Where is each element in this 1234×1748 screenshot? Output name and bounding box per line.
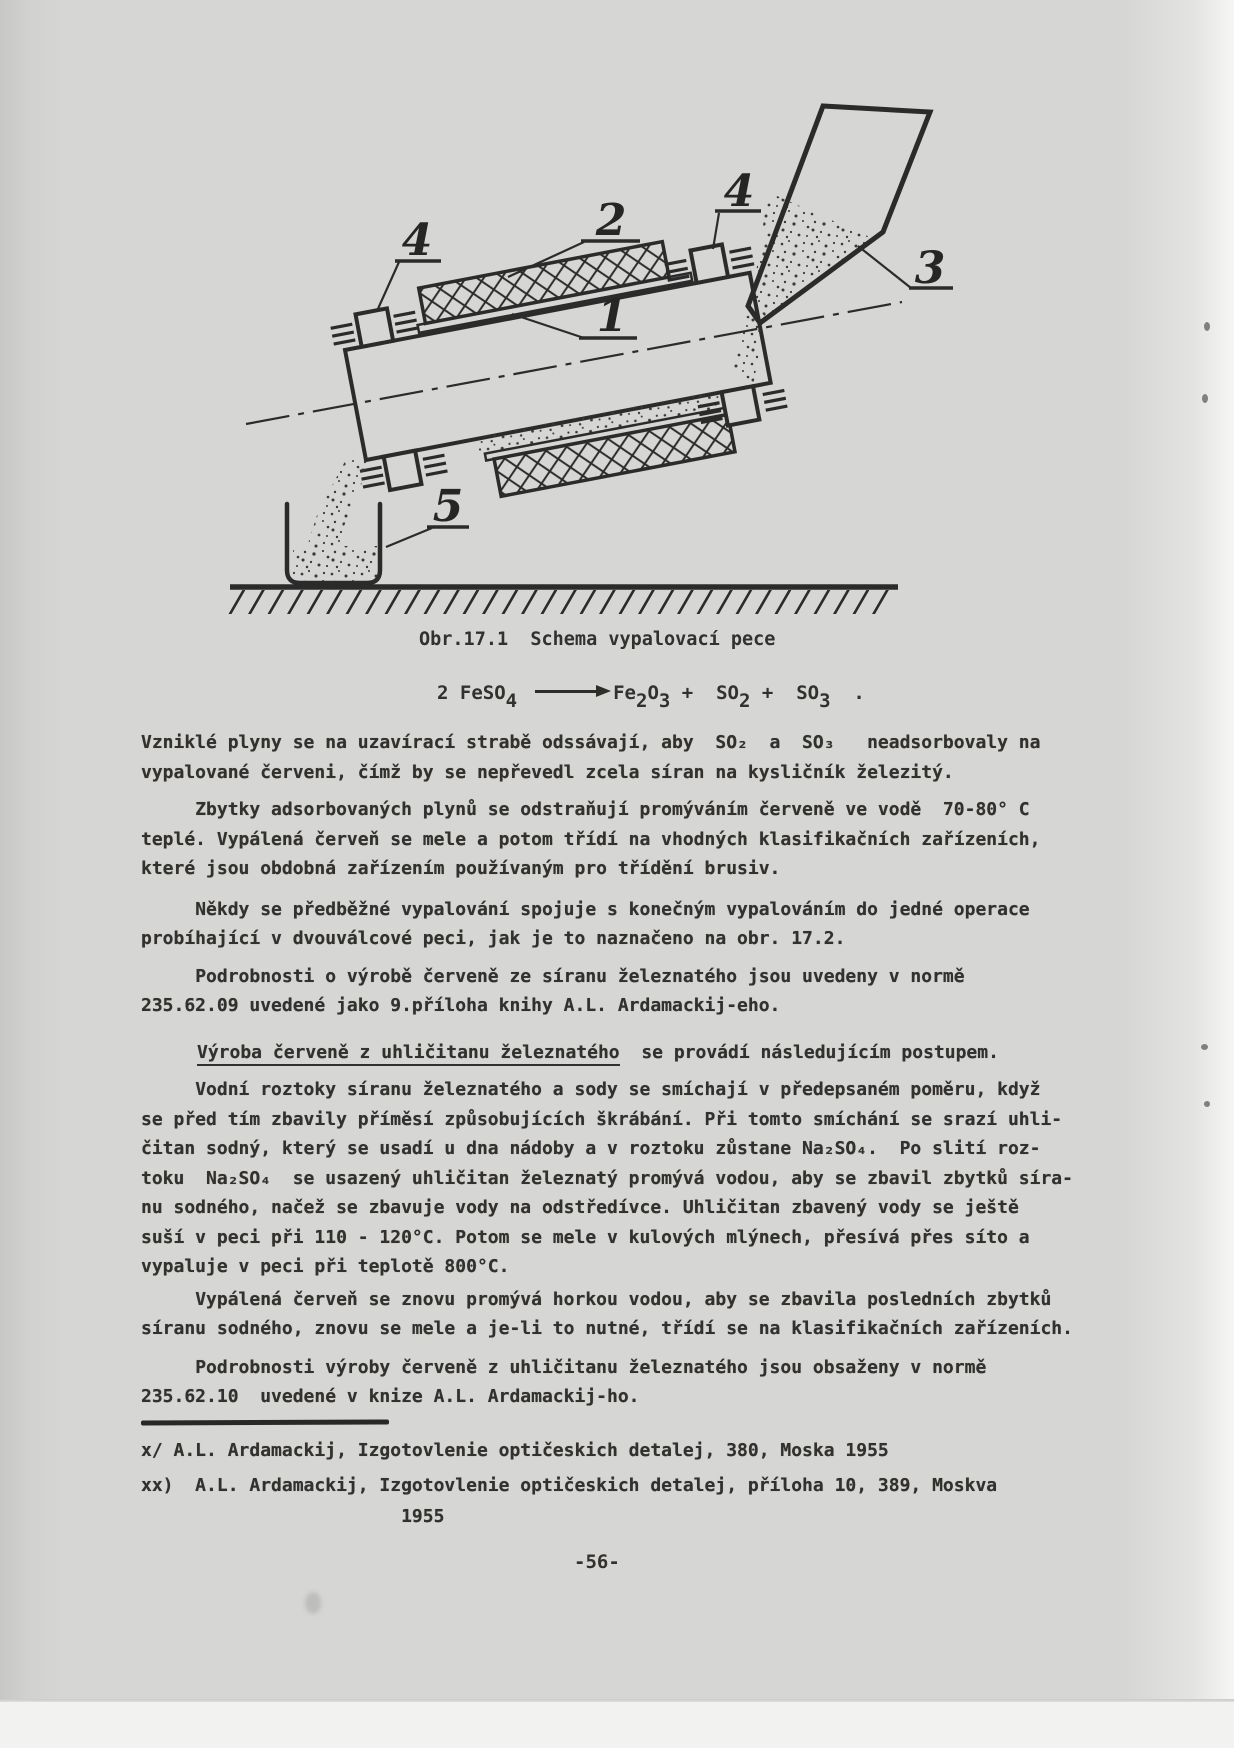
equation-subscript: 3 bbox=[659, 690, 670, 712]
paper-smudge bbox=[305, 1592, 321, 1614]
paragraph-gases: Vzniklé plyny se na uzavírací strabě ods… bbox=[141, 728, 1149, 787]
support-roller bbox=[690, 245, 728, 283]
paragraph-carbonate: Vodní roztoky síranu železnatého a sody … bbox=[141, 1075, 1149, 1282]
scanned-document-page: 4 2 4 3 1 5 Obr.17.1 Schema vypalovací p… bbox=[0, 0, 1234, 1748]
equation-subscript: 3 bbox=[819, 690, 830, 712]
footnote-rule bbox=[141, 1419, 389, 1425]
part-label-5: 5 bbox=[433, 481, 464, 532]
part-label-4-right: 4 bbox=[724, 166, 755, 217]
paragraph-norm-carbonate: Podrobnosti výroby červeně z uhličitanu … bbox=[141, 1353, 1149, 1412]
chemical-equation: 2 FeSO4Fe2O3 + SO2 + SO3 . bbox=[437, 682, 865, 704]
figure-caption: Obr.17.1 Schema vypalovací pece bbox=[419, 629, 775, 650]
footnotes: x/ A.L. Ardamackij, Izgotovlenie optičes… bbox=[141, 1420, 1141, 1536]
reaction-arrow-icon bbox=[535, 690, 597, 693]
support-roller bbox=[722, 386, 760, 425]
part-label-3: 3 bbox=[915, 243, 946, 294]
equation-term: O bbox=[647, 682, 658, 704]
paper-speck bbox=[1204, 1101, 1210, 1107]
equation-term: + SO bbox=[670, 682, 739, 704]
paragraph-norm-sulfate: Podrobnosti o výrobě červeně ze síranu ž… bbox=[141, 962, 1149, 1021]
footnote-1: x/ A.L. Ardamackij, Izgotovlenie optičes… bbox=[141, 1435, 1141, 1466]
support-roller bbox=[384, 451, 422, 490]
kiln-schematic-figure: 4 2 4 3 1 5 bbox=[0, 0, 1234, 665]
equation-term: + SO bbox=[750, 682, 819, 704]
equation-subscript: 2 bbox=[636, 690, 647, 712]
scan-edge-bottom bbox=[0, 1702, 1234, 1748]
part-label-1: 1 bbox=[597, 291, 628, 342]
part-label-2: 2 bbox=[595, 195, 627, 246]
heading-rest: se provádí následujícím postupem. bbox=[620, 1042, 999, 1063]
body-text: Vzniklé plyny se na uzavírací strabě ods… bbox=[141, 728, 1149, 1412]
page-number: -56- bbox=[574, 1551, 620, 1573]
paper-speck bbox=[1202, 394, 1208, 403]
paper-speck bbox=[1201, 1044, 1208, 1050]
footnote-2: xx) A.L. Ardamackij, Izgotovlenie optiče… bbox=[141, 1470, 1141, 1532]
paragraph-rewash: Vypálená červeň se znovu promývá horkou … bbox=[141, 1285, 1149, 1344]
equation-term: . bbox=[831, 682, 865, 704]
equation-term: Fe bbox=[613, 682, 636, 704]
heading-underlined: Výroba červeně z uhličitanu železnatého bbox=[197, 1042, 620, 1066]
paragraph-combined: Někdy se předběžné vypalování spojuje s … bbox=[141, 895, 1149, 954]
support-roller bbox=[356, 308, 394, 346]
paper-speck bbox=[1204, 322, 1210, 331]
section-heading: Výroba červeně z uhličitanu železnatého … bbox=[141, 1038, 1149, 1068]
collected-material bbox=[293, 546, 377, 582]
equation-subscript: 2 bbox=[739, 690, 750, 712]
part-label-4-left: 4 bbox=[402, 215, 433, 266]
equation-lhs-subscript: 4 bbox=[506, 690, 517, 712]
paragraph-washing: Zbytky adsorbovaných plynů se odstraňují… bbox=[141, 795, 1149, 884]
equation-lhs: 2 FeSO bbox=[437, 682, 506, 704]
